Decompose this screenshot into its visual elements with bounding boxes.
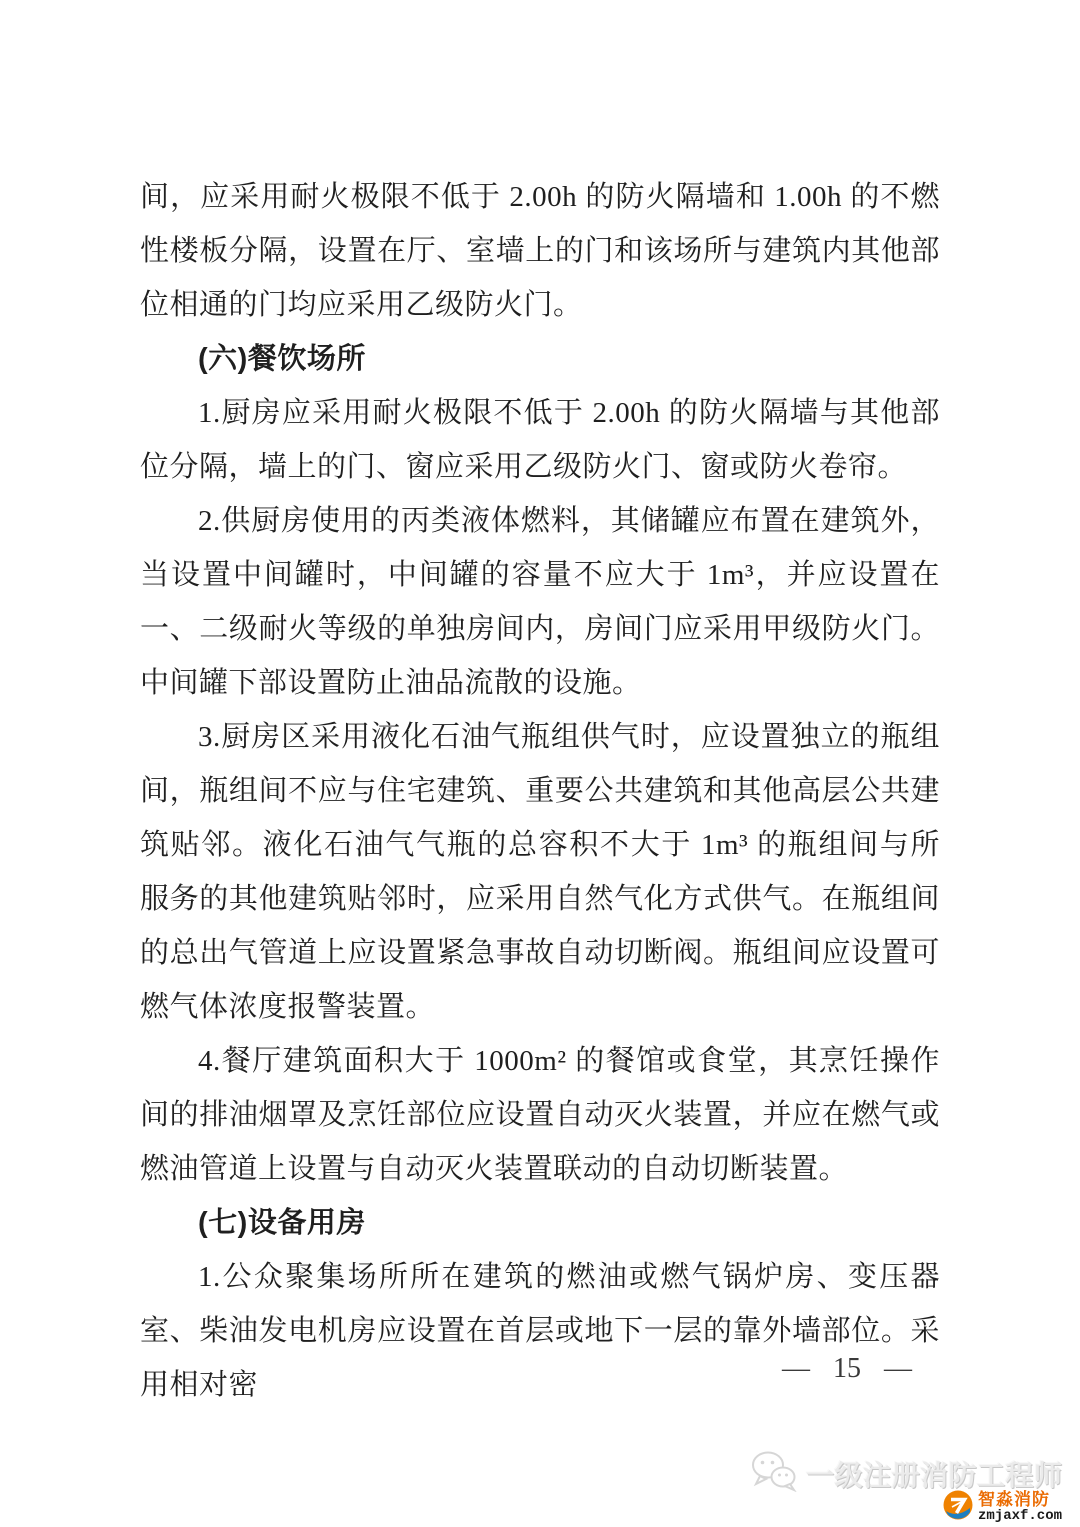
document-body: 间，应采用耐火极限不低于 2.00h 的防火隔墙和 1.00h 的不燃性楼板分隔… xyxy=(140,170,940,1412)
brand-domain: zmjaxf.com xyxy=(978,1509,1062,1524)
section-heading: (六)餐饮场所 xyxy=(140,332,940,386)
section-heading: (七)设备用房 xyxy=(140,1196,940,1250)
wechat-watermark-label: 一级注册消防工程师 xyxy=(806,1454,1063,1494)
paragraph: 间，应采用耐火极限不低于 2.00h 的防火隔墙和 1.00h 的不燃性楼板分隔… xyxy=(140,170,940,332)
paragraph: 4.餐厅建筑面积大于 1000m² 的餐馆或食堂，其烹饪操作间的排油烟罩及烹饪部… xyxy=(140,1034,940,1196)
paragraph: 1.厨房应采用耐火极限不低于 2.00h 的防火隔墙与其他部位分隔，墙上的门、窗… xyxy=(140,386,940,494)
page-number: — 15 — xyxy=(782,1352,912,1386)
paragraph: 3.厨房区采用液化石油气瓶组供气时，应设置独立的瓶组间，瓶组间不应与住宅建筑、重… xyxy=(140,710,940,1034)
paragraph: 1.公众聚集场所所在建筑的燃油或燃气锅炉房、变压器室、柴油发电机房应设置在首层或… xyxy=(140,1250,940,1412)
paragraph: 2.供厨房使用的丙类液体燃料，其储罐应布置在建筑外，当设置中间罐时，中间罐的容量… xyxy=(140,494,940,710)
brand-name: 智淼消防 xyxy=(978,1491,1062,1509)
zhimiao-brand: 智淼消防 zmjaxf.com xyxy=(943,1490,1062,1525)
zhimiao-logo-icon xyxy=(943,1490,973,1525)
document-page: 间，应采用耐火极限不低于 2.00h 的防火隔墙和 1.00h 的不燃性楼板分隔… xyxy=(0,0,1080,1527)
wechat-icon xyxy=(750,1450,798,1497)
